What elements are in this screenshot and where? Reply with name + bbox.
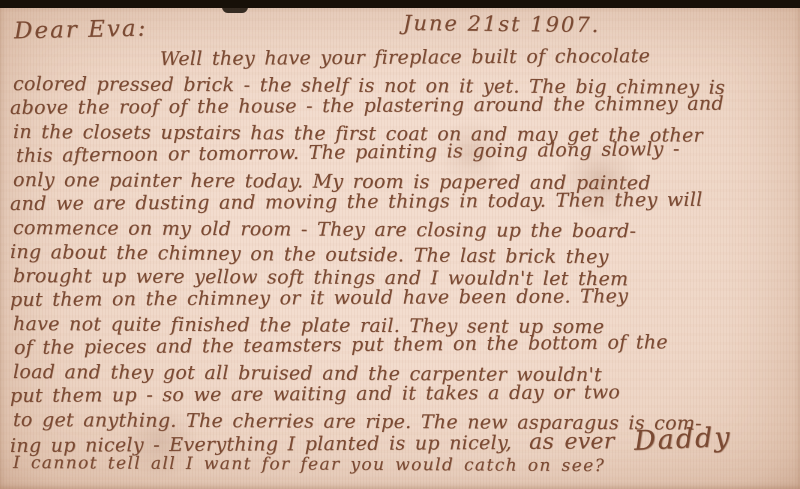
letter-line: put them on the chimney or it would have… — [10, 283, 796, 312]
letter-line: Well they have your fireplace built of c… — [10, 43, 796, 72]
letter-line: commence on my old room - They are closi… — [13, 216, 799, 244]
date-line: June 21st 1907. — [403, 11, 601, 37]
letter-line: above the roof of the house - the plaste… — [10, 91, 796, 120]
letter-body: Well they have your fireplace built of c… — [10, 48, 796, 473]
postcard-paper: Dear Eva: June 21st 1907. Well they have… — [0, 8, 800, 489]
letter-line: and we are dusting and moving the things… — [10, 187, 796, 216]
closing-phrase: as ever — [529, 429, 615, 455]
paper-edge-notch — [222, 8, 248, 13]
signature: Daddy — [633, 426, 731, 454]
letter-line: put them up - so we are waiting and it t… — [10, 379, 796, 408]
postscript-line: I cannot tell all I want for fear you wo… — [13, 451, 799, 477]
salutation: Dear Eva: — [14, 16, 148, 45]
scanned-postcard: Dear Eva: June 21st 1907. Well they have… — [0, 0, 800, 489]
